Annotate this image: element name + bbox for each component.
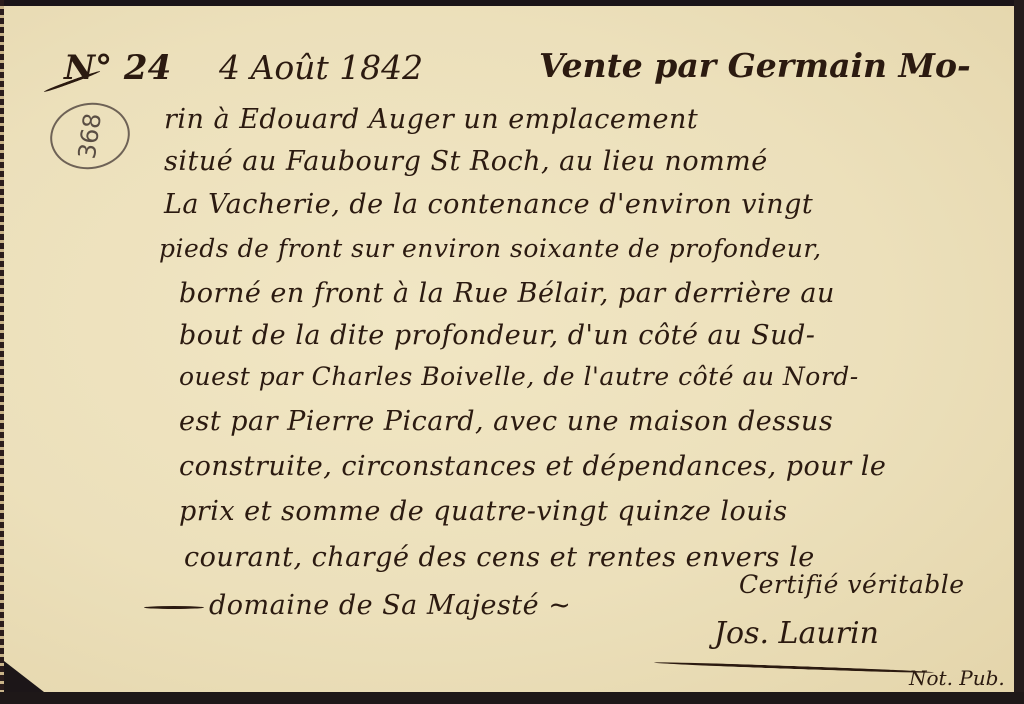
body-line-7: ouest par Charles Boivelle, de l'autre c… [179,362,859,391]
body-line-4: pieds de front sur environ soixante de p… [159,234,822,263]
notary-signature: Jos. Laurin [714,616,879,651]
body-line-10: prix et somme de quatre-vingt quinze lou… [179,496,788,527]
deed-number: N° 24 [64,48,171,88]
stamp-number: 368 [73,111,107,160]
scan-left-edge [0,0,4,704]
body-line-6: bout de la dite profondeur, d'un côté au… [179,320,815,351]
body-line-5: borné en front à la Rue Bélair, par derr… [179,278,835,309]
signature-flourish [654,661,934,674]
body-line-9: construite, circonstances et dépendances… [179,451,886,482]
scan-bottom-edge [0,692,1024,704]
archive-number-stamp: 368 [45,97,135,176]
certification-text: Certifié véritable [739,570,965,599]
body-line-3: La Vacherie, de la contenance d'environ … [164,189,813,220]
deed-title: Vente par Germain Mo- [539,46,971,85]
line-filler-flourish [144,606,204,609]
body-line-2: situé au Faubourg St Roch, au lieu nommé [164,146,768,177]
scan-right-edge [1014,0,1024,704]
notary-title: Not. Pub. [909,666,1005,690]
body-line-11: courant, chargé des cens et rentes enver… [184,542,815,573]
deed-date: 4 Août 1842 [219,48,423,87]
document-paper: 368 N° 24 4 Août 1842 Vente par Germain … [4,6,1014,692]
body-line-12: domaine de Sa Majesté ~ [209,590,571,621]
body-line-1: rin à Edouard Auger un emplacement [164,104,698,135]
body-line-8: est par Pierre Picard, avec une maison d… [179,406,833,437]
